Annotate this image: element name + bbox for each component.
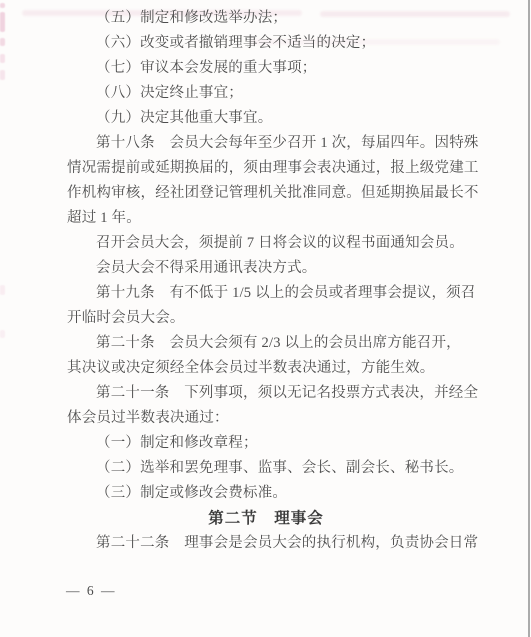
scan-edge-mark <box>0 330 5 338</box>
doc-line: 召开会员大会，须提前 7 日将会议的议程书面通知会员。 <box>67 231 465 256</box>
document-body: （五）制定和修改选举办法； （六）改变或者撤销理事会不适当的决定； （七）审议本… <box>67 6 465 556</box>
doc-line: （九）决定其他重大事宜。 <box>67 106 465 131</box>
doc-line: （三）制定或修改会费标准。 <box>67 481 465 506</box>
doc-line: 第十八条 会员大会每年至少召开 1 次，每届四年。因特殊 <box>67 131 465 156</box>
section-heading: 第二节 理事会 <box>67 506 465 531</box>
doc-line: 第二十一条 下列事项，须以无记名投票方式表决，并经全 <box>67 381 465 406</box>
doc-line: （一）制定和修改章程； <box>67 431 465 456</box>
doc-line: （六）改变或者撤销理事会不适当的决定； <box>67 31 465 56</box>
doc-line: 第十九条 有不低于 1/5 以上的会员或者理事会提议，须召 <box>67 281 465 306</box>
scan-edge-mark <box>0 38 5 46</box>
scan-edge-mark <box>0 12 5 32</box>
doc-line: （二）选举和罢免理事、监事、会长、副会长、秘书长。 <box>67 456 465 481</box>
scan-edge-mark <box>0 285 5 295</box>
scan-edge-line <box>528 0 530 637</box>
scan-edge-mark <box>0 3 5 8</box>
doc-line: 体会员过半数表决通过： <box>67 406 465 431</box>
doc-line: 开临时会员大会。 <box>67 306 465 331</box>
scan-edge-mark <box>0 70 5 80</box>
doc-line: （八）决定终止事宜； <box>67 81 465 106</box>
scan-edge-mark <box>0 54 5 63</box>
doc-line: （七）审议本会发展的重大事项； <box>67 56 465 81</box>
doc-line: 作机构审核，经社团登记管理机关批准同意。但延期换届最长不 <box>67 181 465 206</box>
doc-line: 会员大会不得采用通讯表决方式。 <box>67 256 465 281</box>
page-number: — 6 — <box>66 583 117 599</box>
scanned-document-page: （五）制定和修改选举办法； （六）改变或者撤销理事会不适当的决定； （七）审议本… <box>0 0 531 637</box>
doc-line: 第二十条 会员大会须有 2/3 以上的会员出席方能召开， <box>67 331 465 356</box>
doc-line: 超过 1 年。 <box>67 206 465 231</box>
doc-line: 其决议或决定须经全体会员过半数表决通过，方能生效。 <box>67 356 465 381</box>
doc-line: 第二十二条 理事会是会员大会的执行机构，负责协会日常 <box>67 531 465 556</box>
doc-line: 情况需提前或延期换届的，须由理事会表决通过，报上级党建工 <box>67 156 465 181</box>
doc-line: （五）制定和修改选举办法； <box>67 6 465 31</box>
